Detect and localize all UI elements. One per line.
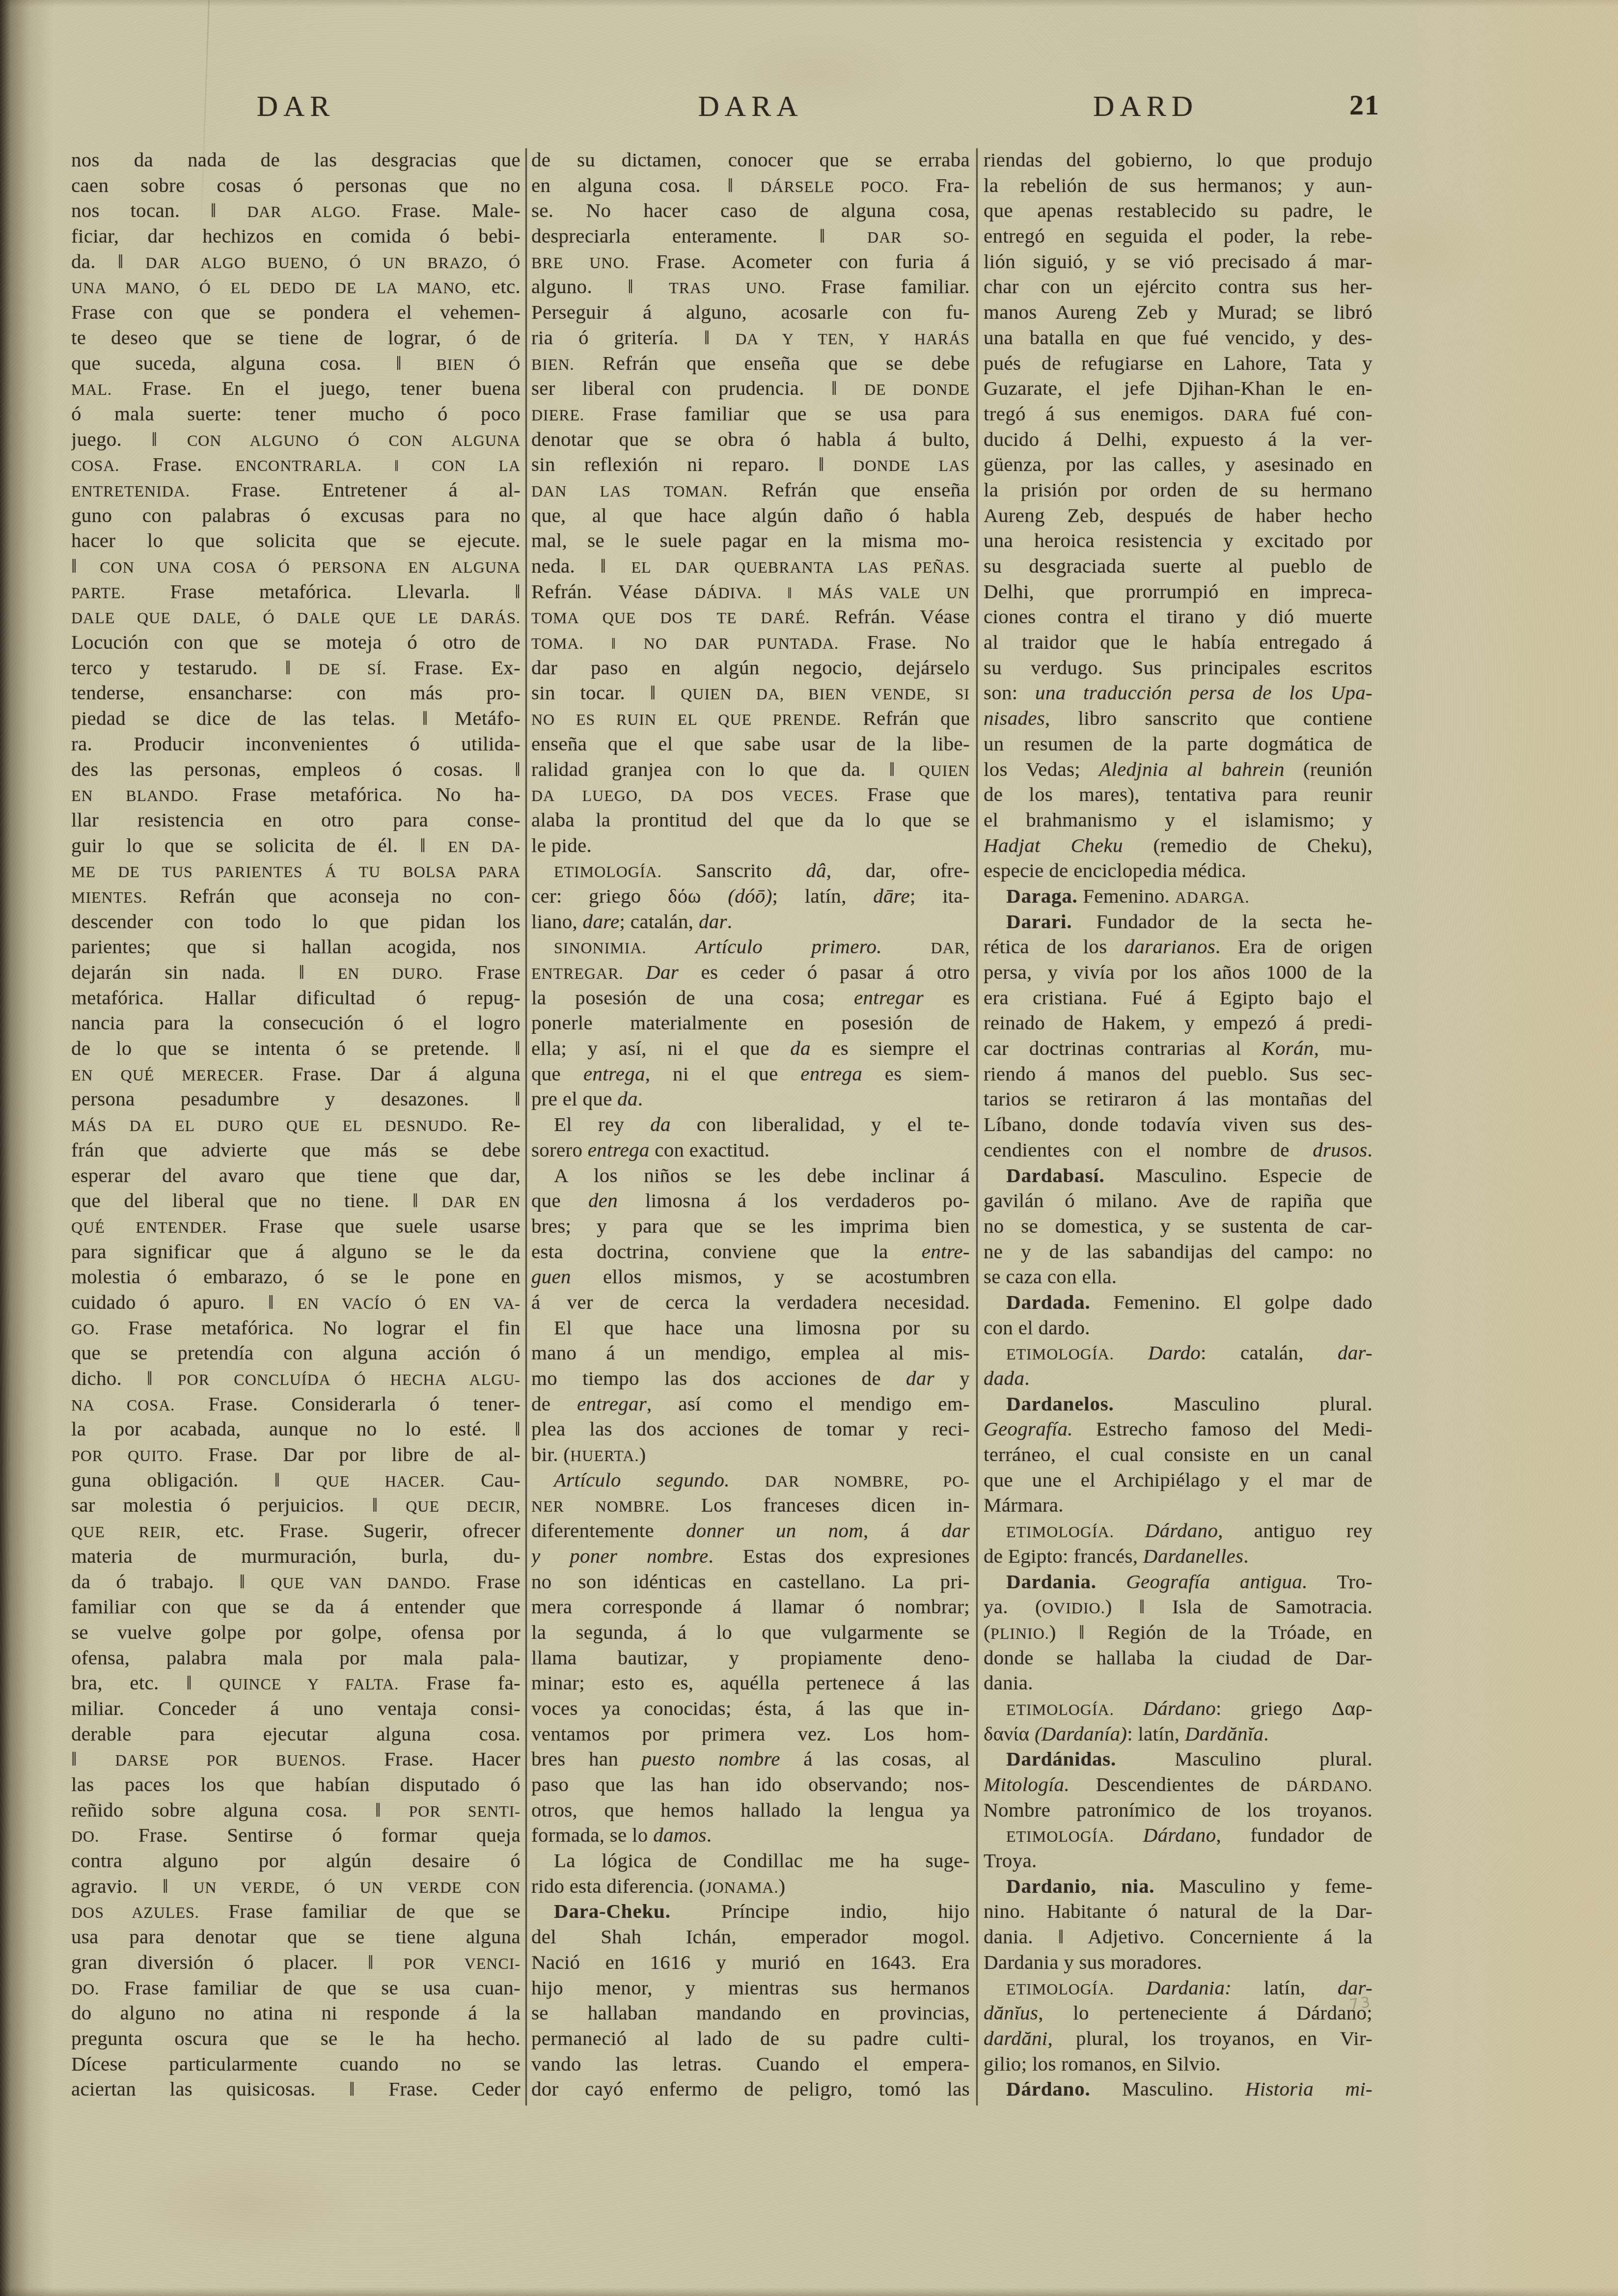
text-line: rética de los dararianos. Era de origen [984, 934, 1372, 960]
text-line: que suceda, alguna cosa. ‖ BIEN Ó [71, 351, 521, 376]
text-line: UNA MANO, Ó EL DEDO DE LA MANO, etc. [71, 274, 521, 300]
text-line: MIENTES. Refrán que aconseja no con- [71, 884, 521, 909]
text-line: Líbano, donde todavía viven sus des- [984, 1112, 1372, 1137]
text-line: ETIMOLOGÍA. Dárdano, antiguo rey [984, 1518, 1372, 1544]
text-line: nancia para la consecución ó el logro [71, 1010, 521, 1036]
text-line: DO. Frase familiar de que se usa cuan- [71, 1975, 521, 2001]
text-line: COSA. Frase. ENCONTRARLA. ‖ CON LA [71, 452, 521, 477]
text-line: una batalla en que fué vencido, y des- [984, 325, 1372, 351]
text-line: neda. ‖ EL DAR QUEBRANTA LAS PEÑAS. [531, 553, 970, 579]
text-line: esta doctrina, conviene que la entre- [531, 1239, 970, 1265]
text-line: nino. Habitante ó natural de la Dar- [984, 1899, 1372, 1924]
text-line: lión siguió, y se vió precisado á mar- [984, 249, 1372, 275]
text-line: ya. (OVIDIO.) ‖ Isla de Samotracia. [984, 1594, 1372, 1620]
text-line: Aureng Zeb, después de haber hecho [984, 503, 1372, 528]
text-line: del Shah Ichán, emperador mogol. [531, 1924, 970, 1950]
text-line: (PLINIO.) ‖ Región de la Tróade, en [984, 1620, 1372, 1645]
text-line: EN BLANDO. Frase metafórica. No ha- [71, 782, 521, 807]
text-line: que del liberal que no tiene. ‖ DAR EN [71, 1188, 521, 1214]
text-line: BIEN. Refrán que enseña que se debe [531, 351, 970, 376]
text-line: vando las letras. Cuando el empera- [531, 2051, 970, 2077]
text-line: hijo menor, y mientras sus hermanos [531, 1975, 970, 2001]
text-line: ponerle materialmente en posesión de [531, 1010, 970, 1036]
text-line: POR QUITO. Frase. Dar por libre de al- [71, 1442, 521, 1467]
text-line: dicho. ‖ POR CONCLUÍDA Ó HECHA ALGU- [71, 1366, 521, 1391]
text-line: donde se hallaba la ciudad de Dar- [984, 1645, 1372, 1671]
text-line: pre el que da. [531, 1086, 970, 1112]
text-line: entregó en seguida el poder, la rebe- [984, 223, 1372, 249]
text-line: gran diversión ó placer. ‖ POR VENCI- [71, 1950, 521, 1975]
text-line: Dardabasí. Masculino. Especie de [984, 1163, 1372, 1189]
text-line: nos da nada de las desgracias que [71, 147, 521, 173]
page-number: 21 [1326, 88, 1380, 121]
text-line: PARTE. Frase metafórica. Llevarla. ‖ [71, 579, 521, 605]
text-line: ser liberal con prudencia. ‖ DE DONDE [531, 376, 970, 401]
text-line: persona pesadumbre y desazones. ‖ [71, 1086, 521, 1112]
text-line: ETIMOLOGÍA. Dárdano, fundador de [984, 1823, 1372, 1848]
text-line: El que hace una limosna por su [531, 1315, 970, 1341]
text-line: contra alguno por algún desaire ó [71, 1848, 521, 1874]
text-line: ne y de las sabandijas del campo: no [984, 1239, 1372, 1265]
text-line: miliar. Conceder á uno ventaja consi- [71, 1696, 521, 1721]
text-line: Dardanelos. Masculino plural. [984, 1391, 1372, 1417]
text-line: terco y testarudo. ‖ DE SÍ. Frase. Ex- [71, 655, 521, 681]
text-line: con el dardo. [984, 1315, 1372, 1341]
text-line: mera corresponde á llamar ó nombrar; [531, 1594, 970, 1620]
text-line: guno con palabras ó excusas para no [71, 503, 521, 528]
text-line: aciertan las quisicosas. ‖ Frase. Ceder [71, 2076, 521, 2102]
text-line: Frase con que se pondera el vehemen- [71, 300, 521, 325]
text-line: cuidado ó apuro. ‖ EN VACÍO Ó EN VA- [71, 1290, 521, 1315]
text-line: dar paso en algún negocio, dejárselo [531, 655, 970, 681]
text-line: ralidad granjea con lo que da. ‖ QUIEN [531, 757, 970, 782]
text-line: nisades, libro sanscrito que contiene [984, 706, 1372, 731]
text-line: de Egipto: francés, Dardanelles. [984, 1544, 1372, 1569]
text-line: NER NOMBRE. Los franceses dicen in- [531, 1493, 970, 1518]
text-line: la rebelión de sus hermanos; y aun- [984, 173, 1372, 198]
text-line: guen ellos mismos, y se acostumbren [531, 1264, 970, 1290]
text-line: materia de murmuración, burla, du- [71, 1544, 521, 1569]
text-line: riendo á manos del pueblo. Sus sec- [984, 1061, 1372, 1087]
text-line: hacer lo que solicita que se ejecute. [71, 528, 521, 553]
text-line: Troya. [984, 1848, 1372, 1874]
text-line: Dardánidas. Masculino plural. [984, 1746, 1372, 1772]
text-line: las paces los que habían disputado ó [71, 1772, 521, 1798]
header-keyword-center: DARA [531, 89, 970, 124]
text-line: llar resistencia en otro para conse- [71, 807, 521, 833]
text-line: ETIMOLOGÍA. Dardo: catalán, dar- [984, 1340, 1372, 1366]
pencil-mark: 73 [1348, 1993, 1373, 2014]
text-line: tarios se retiraron á las montañas del [984, 1086, 1372, 1112]
text-line: guna obligación. ‖ QUE HACER. Cau- [71, 1467, 521, 1493]
text-line: ó mala suerte: tener mucho ó poco [71, 401, 521, 427]
text-line: frán que advierte que más se debe [71, 1137, 521, 1163]
text-line: mo tiempo las dos acciones de dar y [531, 1366, 970, 1391]
text-line: caen sobre cosas ó personas que no [71, 173, 521, 198]
text-line: Dara-Cheku. Príncipe indio, hijo [531, 1899, 970, 1924]
text-line: que den limosna á los verdaderos po- [531, 1188, 970, 1214]
text-line: que une el Archipiélago y el mar de [984, 1467, 1372, 1493]
text-line: se hallaban mandando en provincias, [531, 2000, 970, 2026]
text-line: DALE QUE DALE, Ó DALE QUE LE DARÁS. [71, 604, 521, 630]
text-line: dania. ‖ Adjetivo. Concerniente á la [984, 1924, 1372, 1950]
text-line: piedad se dice de las telas. ‖ Metáfo- [71, 706, 521, 731]
text-line: cer: griego δόω (dóō); latín, dāre; ita- [531, 884, 970, 909]
text-line: ducido á Delhi, expuesto á la ver- [984, 427, 1372, 452]
text-line: TOMA. ‖ NO DAR PUNTADA. Frase. No [531, 630, 970, 655]
text-line: usa para denotar que se tiene alguna [71, 1924, 521, 1950]
text-line: de lo que se intenta ó se pretende. ‖ [71, 1036, 521, 1061]
text-line: dardăni, plural, los troyanos, en Vir- [984, 2026, 1372, 2051]
text-line: DOS AZULES. Frase familiar de que se [71, 1899, 521, 1924]
text-line: paso que las han ido observando; nos- [531, 1772, 970, 1798]
text-line: la posesión de una cosa; entregar es [531, 985, 970, 1011]
text-line: una heroica resistencia y excitado por [984, 528, 1372, 553]
header-keyword-right: DARD [984, 89, 1308, 124]
text-line: pués de refugiarse en Lahore, Tata y [984, 351, 1372, 376]
text-line: ficiar, dar hechizos en comida ó bebi- [71, 223, 521, 249]
text-line: dejarán sin nada. ‖ EN DURO. Frase [71, 960, 521, 985]
text-line: ria ó gritería. ‖ DA Y TEN, Y HARÁS [531, 325, 970, 351]
text-line: güenza, por las calles, y asesinado en [984, 452, 1372, 477]
text-line: cendientes con el nombre de drusos. [984, 1137, 1372, 1163]
text-line: Refrán. Véase DÁDIVA. ‖ MÁS VALE UN [531, 579, 970, 605]
text-line: tregó á sus enemigos. DARA fué con- [984, 401, 1372, 427]
text-line: terráneo, el cual consiste en un canal [984, 1442, 1372, 1467]
text-line: ENTRETENIDA. Frase. Entretener á al- [71, 477, 521, 503]
text-line: NA COSA. Frase. Considerarla ó tener- [71, 1391, 521, 1417]
text-line: bir. (HUERTA.) [531, 1442, 970, 1467]
text-line: Geografía. Estrecho famoso del Medi- [984, 1416, 1372, 1442]
text-line: permaneció al lado de su padre culti- [531, 2026, 970, 2051]
text-line: nos tocan. ‖ DAR ALGO. Frase. Male- [71, 198, 521, 223]
text-line: Daraga. Femenino. ADARGA. [984, 884, 1372, 909]
text-line: esperar del avaro que tiene que dar, [71, 1163, 521, 1189]
text-line: los Vedas; Aledjnia al bahrein (reunión [984, 757, 1372, 782]
text-line: derable para ejecutar alguna cosa. [71, 1721, 521, 1747]
text-line: des las personas, empleos ó cosas. ‖ [71, 757, 521, 782]
text-line: tenderse, ensancharse: con más pro- [71, 680, 521, 706]
text-line: voces ya conocidas; ésta, á las que in- [531, 1696, 970, 1721]
text-line: A los niños se les debe inclinar á [531, 1163, 970, 1189]
text-line: rido esta diferencia. (JONAMA.) [531, 1874, 970, 1899]
column-divider [976, 148, 978, 2105]
text-line: Dardania y sus moradores. [984, 1950, 1372, 1975]
text-line: Perseguir á alguno, acosarle con fu- [531, 300, 970, 325]
text-line: Guzarate, el jefe Djihan-Khan le en- [984, 376, 1372, 401]
text-line: Nació en 1616 y murió en 1643. Era [531, 1950, 970, 1975]
text-line: de entregar, así como el mendigo em- [531, 1391, 970, 1417]
text-line: car doctrinas contrarias al Korán, mu- [984, 1036, 1372, 1061]
text-line: mano á un mendigo, emplea al mis- [531, 1340, 970, 1366]
text-line: Dícese particularmente cuando no se [71, 2051, 521, 2077]
text-line: llama bautizar, y propiamente deno- [531, 1645, 970, 1671]
text-line: ofensa, palabra mala por mala pala- [71, 1645, 521, 1671]
text-line: que entrega, ni el que entrega es siem- [531, 1061, 970, 1087]
text-line: sar molestia ó perjuicios. ‖ QUE DECIR, [71, 1493, 521, 1518]
text-line: se vuelve golpe por golpe, ofensa por [71, 1620, 521, 1645]
text-line: le pide. [531, 833, 970, 858]
text-line: juego. ‖ CON ALGUNO Ó CON ALGUNA [71, 427, 521, 452]
text-line: formada, se lo damos. [531, 1823, 970, 1848]
text-line: bres han puesto nombre á las cosas, al [531, 1746, 970, 1772]
text-line: á ver de cerca la verdadera necesidad. [531, 1290, 970, 1315]
text-line: era cristiana. Fué á Egipto bajo el [984, 985, 1372, 1011]
text-line: en alguna cosa. ‖ DÁRSELE POCO. Fra- [531, 173, 970, 198]
text-line: pregunta oscura que se le ha hecho. [71, 2026, 521, 2051]
text-line: dada. [984, 1366, 1372, 1391]
text-line: QUE REIR, etc. Frase. Sugerir, ofrecer [71, 1518, 521, 1544]
text-line: da. ‖ DAR ALGO BUENO, Ó UN BRAZO, Ó [71, 249, 521, 275]
text-line: Mitología. Descendientes de DÁRDANO. [984, 1772, 1372, 1798]
text-line: SINONIMIA. Artículo primero. DAR, [531, 934, 970, 960]
text-line: sin tocar. ‖ QUIEN DA, BIEN VENDE, SI [531, 680, 970, 706]
text-line: Dardada. Femenino. El golpe dado [984, 1290, 1372, 1315]
text-line: no se domestica, y se sustenta de car- [984, 1214, 1372, 1239]
text-line: ella; y así, ni el que da es siempre el [531, 1036, 970, 1061]
text-line: Locución con que se moteja ó otro de [71, 630, 521, 655]
text-line: mal, se le suele pagar en la misma mo- [531, 528, 970, 553]
text-line: DAN LAS TOMAN. Refrán que enseña [531, 477, 970, 503]
text-line: dănĭus, lo perteneciente á Dárdano; [984, 2000, 1372, 2026]
text-line: reinado de Hakem, y empezó á predi- [984, 1010, 1372, 1036]
text-line: Nombre patronímico de los troyanos. [984, 1798, 1372, 1823]
text-line: agravio. ‖ UN VERDE, Ó UN VERDE CON [71, 1874, 521, 1899]
text-column-2: de su dictamen, conocer que se errabaen … [531, 147, 970, 2102]
text-line: guir lo que se solicita de él. ‖ EN DA- [71, 833, 521, 858]
text-line: un resumen de la parte dogmática de [984, 731, 1372, 757]
text-line: alaba la prontitud del que da lo que se [531, 807, 970, 833]
column-divider [525, 148, 527, 2105]
text-line: de los mares), tentativa para reunir [984, 782, 1372, 807]
text-line: y poner nombre. Estas dos expresiones [531, 1544, 970, 1569]
text-line: que se pretendía con alguna acción ó [71, 1340, 521, 1366]
text-line: no son idénticas en castellano. La pri- [531, 1569, 970, 1595]
text-line: Dardania. Geografía antigua. Tro- [984, 1569, 1372, 1595]
text-line: ETIMOLOGÍA. Dárdano: griego Δαρ- [984, 1696, 1372, 1721]
text-line: liano, dare; catalán, dar. [531, 909, 970, 935]
text-line: char con un ejército contra sus her- [984, 274, 1372, 300]
text-line: Mármara. [984, 1493, 1372, 1518]
text-line: despreciarla enteramente. ‖ DAR SO- [531, 223, 970, 249]
text-column-3: riendas del gobierno, lo que produjola r… [984, 147, 1372, 2102]
text-line: la prisión por orden de su hermano [984, 477, 1372, 503]
text-line: denotar que se obra ó habla á bulto, [531, 427, 970, 452]
text-line: el brahmanismo y el islamismo; y [984, 807, 1372, 833]
text-line: molestia ó embarazo, ó se le pone en [71, 1264, 521, 1290]
text-line: MAL. Frase. En el juego, tener buena [71, 376, 521, 401]
paper-stain [123, 2151, 368, 2259]
text-line: DIERE. Frase familiar que se usa para [531, 401, 970, 427]
text-line: dania. [984, 1670, 1372, 1696]
text-line: EN QUÉ MERECER. Frase. Dar á alguna [71, 1061, 521, 1087]
text-line: que apenas restablecido su padre, le [984, 198, 1372, 223]
text-line: se caza con ella. [984, 1264, 1372, 1290]
text-line: riendas del gobierno, lo que produjo [984, 147, 1372, 173]
text-line: manos Aureng Zeb y Murad; se libró [984, 300, 1372, 325]
text-line: El rey da con liberalidad, y el te- [531, 1112, 970, 1137]
text-line: ‖ DARSE POR BUENOS. Frase. Hacer [71, 1746, 521, 1772]
text-line: especie de enciclopedia médica. [984, 858, 1372, 884]
text-line: sin reflexión ni reparo. ‖ DONDE LAS [531, 452, 970, 477]
text-line: Dárdano. Masculino. Historia mi- [984, 2076, 1372, 2102]
text-line: MÁS DA EL DURO QUE EL DESNUDO. Re- [71, 1112, 521, 1137]
text-line: BRE UNO. Frase. Acometer con furia á [531, 249, 970, 275]
text-line: bra, etc. ‖ QUINCE Y FALTA. Frase fa- [71, 1670, 521, 1696]
text-line: la por acabada, aunque no lo esté. ‖ [71, 1416, 521, 1442]
text-line: ME DE TUS PARIENTES Á TU BOLSA PARA [71, 858, 521, 884]
text-line: GO. Frase metafórica. No lograr el fin [71, 1315, 521, 1341]
text-line: NO ES RUIN EL QUE PRENDE. Refrán que [531, 706, 970, 731]
text-line: sorero entrega con exactitud. [531, 1137, 970, 1163]
text-line: que, al que hace algún daño ó habla [531, 503, 970, 528]
text-column-1: nos da nada de las desgracias quecaen so… [71, 147, 521, 2102]
text-line: su verdugo. Sus principales escritos [984, 655, 1372, 681]
text-line: descender con todo lo que pidan los [71, 909, 521, 935]
text-line: bres; y para que se les imprima bien [531, 1214, 970, 1239]
text-line: Delhi, que prorrumpió en impreca- [984, 579, 1372, 605]
text-line: ‖ CON UNA COSA Ó PERSONA EN ALGUNA [71, 553, 521, 579]
text-line: otros, que hemos hallado la lengua ya [531, 1798, 970, 1823]
text-line: DO. Frase. Sentirse ó formar queja [71, 1823, 521, 1848]
text-line: do alguno no atina ni responde á la [71, 2000, 521, 2026]
text-line: Artículo segundo. DAR NOMBRE, PO- [531, 1467, 970, 1493]
text-line: minar; esto es, aquélla pertenece á las [531, 1670, 970, 1696]
text-line: gavilán ó milano. Ave de rapiña que [984, 1188, 1372, 1214]
text-line: ENTREGAR. Dar es ceder ó pasar á otro [531, 960, 970, 985]
text-line: da ó trabajo. ‖ QUE VAN DANDO. Frase [71, 1569, 521, 1595]
text-line: al traidor que le había entregado á [984, 630, 1372, 655]
text-line: Darari. Fundador de la secta he- [984, 909, 1372, 935]
page-scan: DAR DARA DARD 21 nos da nada de las desg… [0, 0, 1618, 2296]
text-line: ETIMOLOGÍA. Sanscrito dâ, dar, ofre- [531, 858, 970, 884]
header-keyword-left: DAR [71, 89, 521, 124]
text-line: gilio; los romanos, en Silvio. [984, 2051, 1372, 2077]
text-line: ventamos por primera vez. Los hom- [531, 1721, 970, 1747]
text-line: su desgraciada suerte al pueblo de [984, 553, 1372, 579]
text-line: QUÉ ENTENDER. Frase que suele usarse [71, 1214, 521, 1239]
text-line: ciones contra el tirano y dió muerte [984, 604, 1372, 630]
text-line: TOMA QUE DOS TE DARÉ. Refrán. Véase [531, 604, 970, 630]
text-line: ra. Producir inconvenientes ó utilida- [71, 731, 521, 757]
text-line: la segunda, á lo que vulgarmente se [531, 1620, 970, 1645]
text-line: de su dictamen, conocer que se erraba [531, 147, 970, 173]
text-line: parientes; que si hallan acogida, nos [71, 934, 521, 960]
text-line: Hadjat Cheku (remedio de Cheku), [984, 833, 1372, 858]
text-line: familiar con que se da á entender que [71, 1594, 521, 1620]
text-line: persa, y vivía por los años 1000 de la [984, 960, 1372, 985]
text-line: alguno. ‖ TRAS UNO. Frase familiar. [531, 274, 970, 300]
text-line: para significar que á alguno se le da [71, 1239, 521, 1265]
text-line: DA LUEGO, DA DOS VECES. Frase que [531, 782, 970, 807]
text-line: enseña que el que sabe usar de la libe- [531, 731, 970, 757]
text-line: La lógica de Condillac me ha suge- [531, 1848, 970, 1874]
text-line: Dardanio, nia. Masculino y feme- [984, 1874, 1372, 1899]
text-line: dor cayó enfermo de peligro, tomó las [531, 2076, 970, 2102]
text-line: reñido sobre alguna cosa. ‖ POR SENTI- [71, 1798, 521, 1823]
text-line: diferentemente donner un nom, á dar [531, 1518, 970, 1544]
text-line: plea las dos acciones de tomar y reci- [531, 1416, 970, 1442]
text-line: metafórica. Hallar dificultad ó repug- [71, 985, 521, 1011]
text-line: se. No hacer caso de alguna cosa, [531, 198, 970, 223]
text-line: ETIMOLOGÍA. Dardania: latín, dar- [984, 1975, 1372, 2001]
text-line: te deseo que se tiene de lograr, ó de [71, 325, 521, 351]
text-line: son: una traducción persa de los Upa- [984, 680, 1372, 706]
text-line: δανία (Dardanía): latín, Dardănĭa. [984, 1721, 1372, 1747]
